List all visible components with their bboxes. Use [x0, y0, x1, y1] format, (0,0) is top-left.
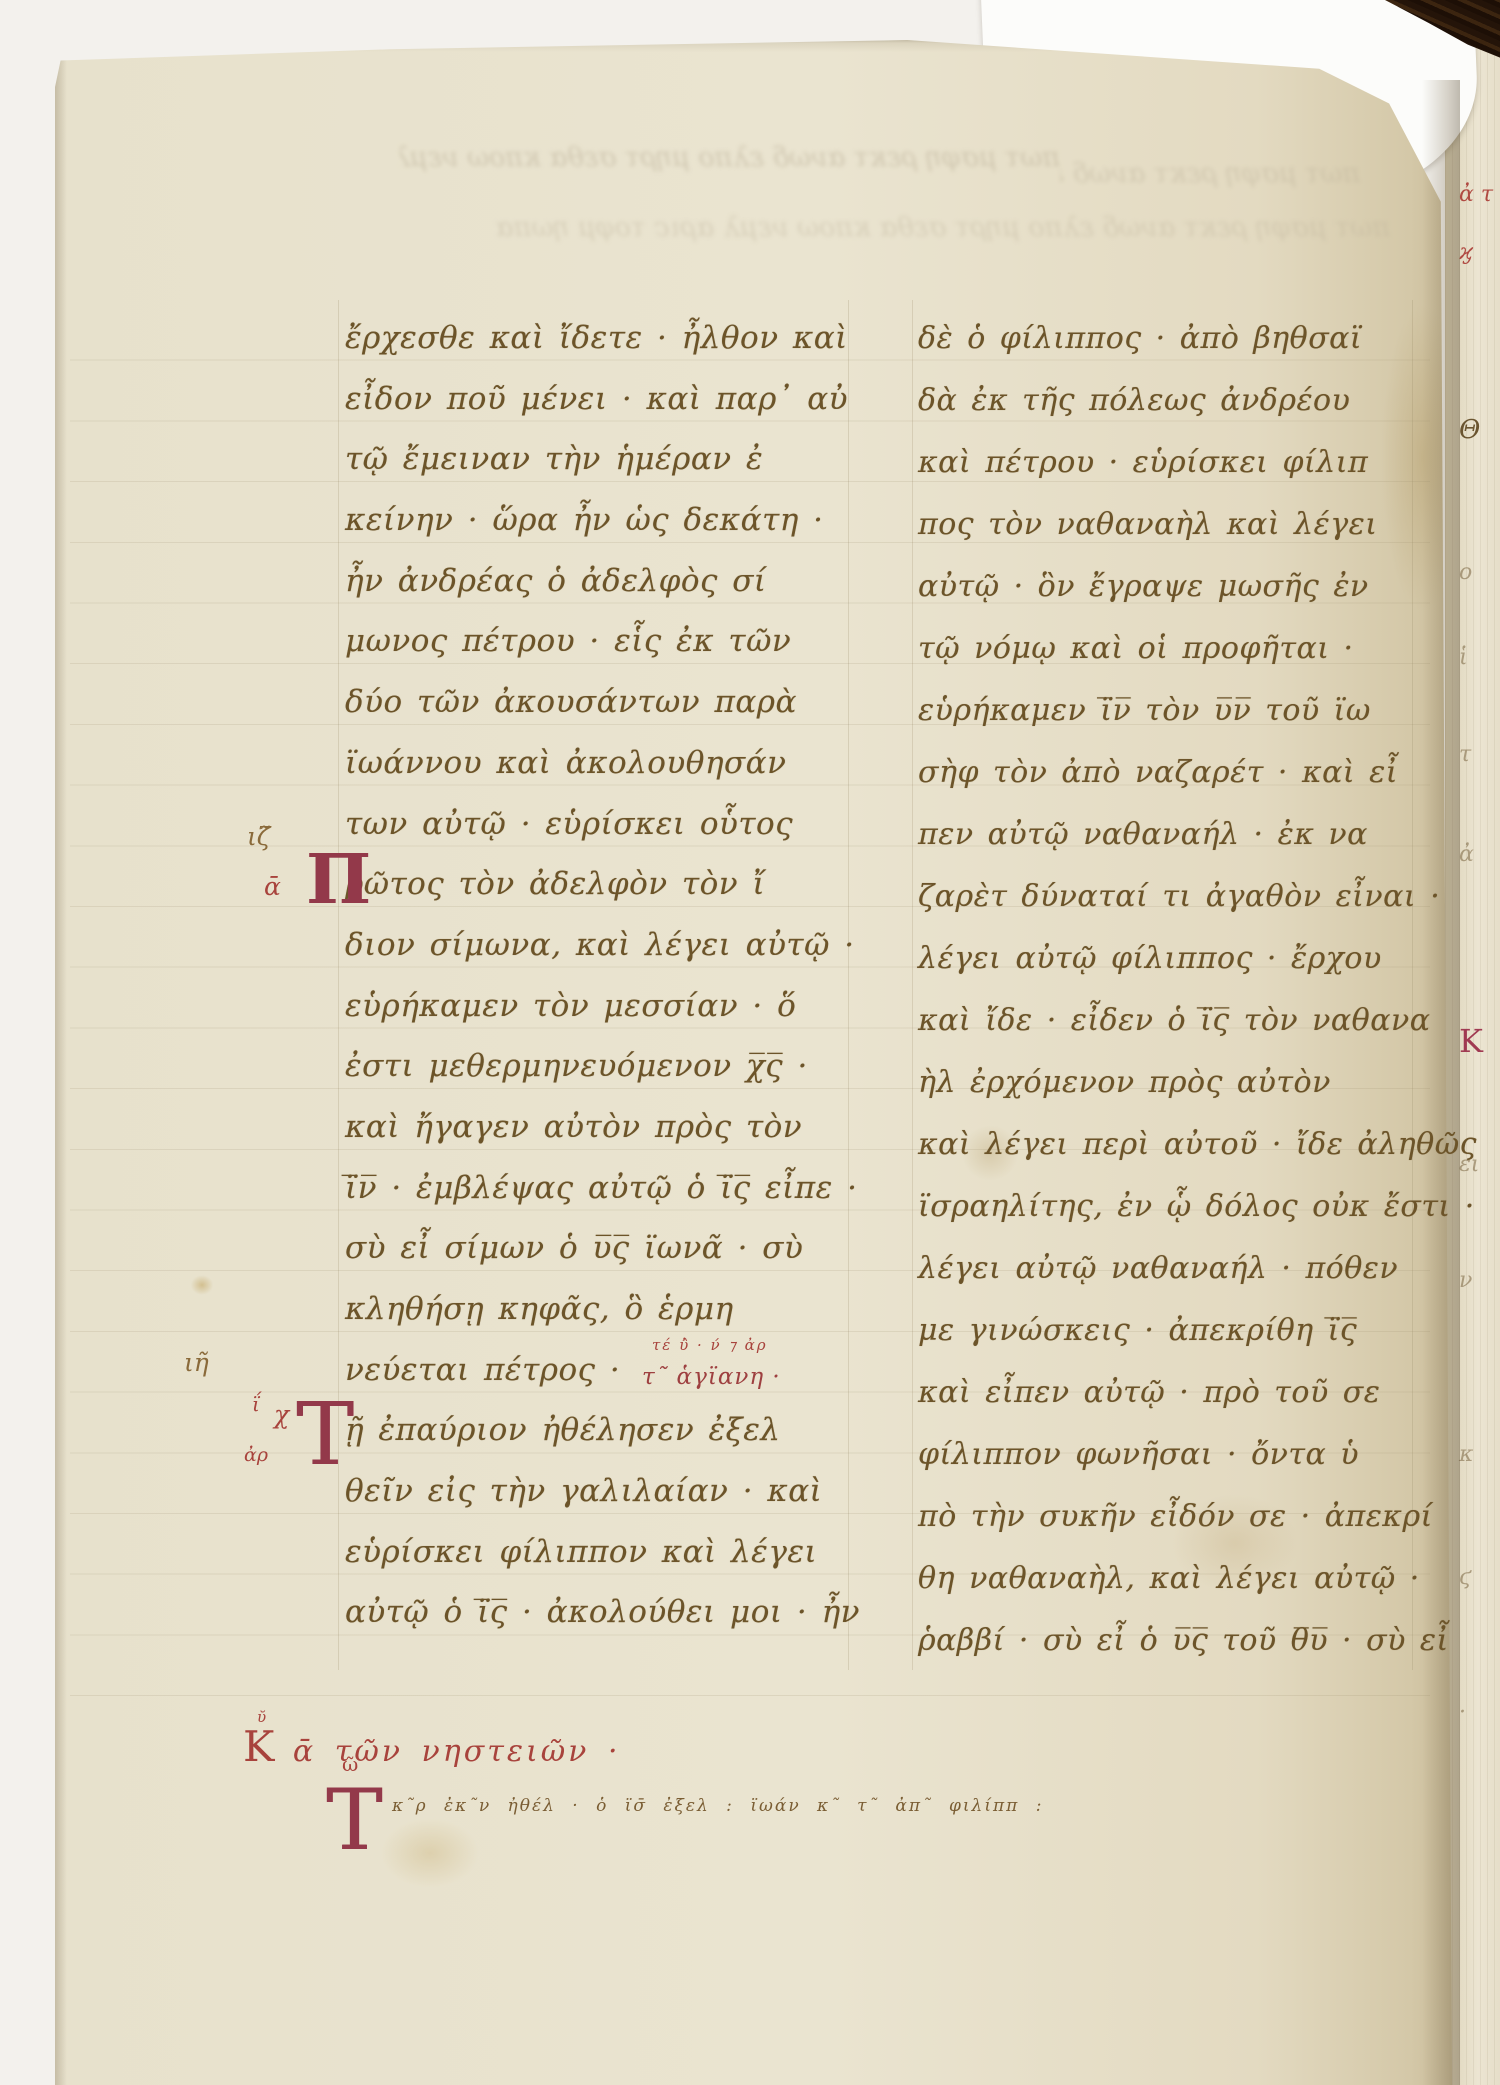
edge-glyph: ϛ	[1459, 1565, 1471, 1590]
edge-glyph: ϗ	[1459, 240, 1473, 265]
text-line: ϊ̅ν̅ · ἐμβλέψας αὐτῷ ὁ ϊ̅ς̅ εἶπε ·	[345, 1158, 845, 1219]
inline-lection-note: τ῀ ἁγϊανη ·	[642, 1364, 781, 1390]
bleed-through-line: πωτ μσφη ρεκτ ανωδ ελπο μηρτ σεθα κποω ν…	[310, 212, 1390, 243]
manuscript-photo: ἀ τϗΘοἱτἀΚεινκϛ· πωτ μσφη ρεκτ ανωδ ελπο…	[0, 0, 1500, 2085]
text-line: με γινώσκεις · ἀπεκρίθη ϊ̅ς̅	[918, 1300, 1416, 1362]
ruling-vertical	[848, 300, 849, 1670]
rubric-initial-kappa: Κ	[243, 1722, 274, 1771]
text-line: εἶδον ποῦ μένει · καὶ παρ᾽ αὐ	[345, 369, 845, 430]
lection-incipit-rubric: κ῀ρ ἐκ῀ν ἠθέλ · ὁ ϊσ̄ ἐξελ : ϊωάν κ῀ τ῀ …	[392, 1796, 1043, 1816]
rubric-superscript: ῠ	[257, 1708, 269, 1726]
text-line: σὴφ τὸν ἀπὸ ναζαρέτ · καὶ εἶ	[918, 742, 1416, 804]
edge-glyph: ἱ	[1459, 645, 1468, 670]
lection-start-mark-arche: ἀρ	[244, 1444, 268, 1466]
margin-section-number-18: ιη̃	[184, 1348, 209, 1377]
text-line: πὸ τὴν συκῆν εἶδόν σε · ἀπεκρί	[918, 1486, 1416, 1548]
text-line: καὶ ἤγαγεν αὐτὸν πρὸς τὸν	[345, 1097, 845, 1158]
bleed-through-line: πωτ μσφη ρεκτ ανωδ ελπο μηρτ σεθα κποω ν…	[400, 142, 1060, 173]
text-line: ἔρχεσθε καὶ ἴδετε · ἦλθον καὶ	[345, 308, 845, 369]
text-line: ἦν ἀνδρέας ὁ ἀδελφὸς σί	[345, 551, 845, 612]
text-line: λέγει αὐτῷ ναθαναήλ · πόθεν	[918, 1238, 1416, 1300]
text-line: ϊωάννου καὶ ἀκολουθησάν	[345, 733, 845, 794]
text-line: πεν αὐτῷ ναθαναήλ · ἐκ να	[918, 804, 1416, 866]
edge-glyph: κ	[1459, 1442, 1473, 1467]
gutter-shadow	[1422, 80, 1460, 2085]
rubric-initial-tau: Τ	[326, 1778, 382, 1862]
edge-glyph: τ	[1459, 742, 1471, 767]
text-line: ζαρὲτ δύναταί τι ἀγαθὸν εἶναι ·	[918, 866, 1416, 928]
text-line: καὶ λέγει περὶ αὐτοῦ · ἴδε ἀληθῶς	[918, 1114, 1416, 1176]
text-line: μωνος πέτρου · εἷς ἐκ τῶν	[345, 611, 845, 672]
rubric-heading-text: ᾱ τῶν νηστειῶν ·	[274, 1734, 620, 1769]
text-line: πος τὸν ναθαναὴλ καὶ λέγει	[918, 494, 1416, 556]
text-line: θεῖν εἰς τὴν γαλιλαίαν · καὶ	[345, 1461, 845, 1522]
text-line: ἐστι μεθερμηνευόμενον χ̅ς̅ ·	[345, 1036, 845, 1097]
text-line: αὐτῷ ὁ ϊ̅ς̅ · ἀκολούθει μοι · ἦν	[345, 1582, 845, 1643]
edge-glyph: ἀ	[1459, 842, 1474, 867]
text-line: ὴλ ἐρχόμενον πρὸς αὐτὸν	[918, 1052, 1416, 1114]
text-line: ϊσραηλίτης, ἐν ᾧ δόλος οὐκ ἔστι ·	[918, 1176, 1416, 1238]
lection-heading-rubric: Κῠ ᾱ τῶν νηστειῶν ·	[243, 1722, 620, 1771]
text-line: καὶ ἴδε · εἶδεν ὁ ϊ̅ς̅ τὸν ναθανα	[918, 990, 1416, 1052]
left-text-column: ἔρχεσθε καὶ ἴδετε · ἦλθον καὶεἶδον ποῦ μ…	[345, 308, 845, 1643]
edge-glyph: ο	[1459, 560, 1472, 585]
interlinear-lection-note: τέ ὑ̂ · ν́ ⁊ ἀρ	[652, 1336, 768, 1354]
text-line: λέγει αὐτῷ φίλιππος · ἔρχου	[918, 928, 1416, 990]
edge-glyph: Θ	[1459, 415, 1480, 445]
text-line: εὑρήκαμεν ϊ̅ν̅ τὸν υ̅ν̅ τοῦ ϊω	[918, 680, 1416, 742]
text-line: ῇ ἐπαύριον ἠθέλησεν ἐξελ	[345, 1400, 845, 1461]
text-line: διον σίμωνα, καὶ λέγει αὐτῷ ·	[345, 915, 845, 976]
margin-section-number-17: ιζ̃	[247, 822, 270, 851]
text-line: δύο τῶν ἀκουσάντων παρὰ	[345, 672, 845, 733]
initial-pi: Π	[306, 846, 370, 914]
edge-glyph: Κ	[1459, 1022, 1483, 1060]
text-line: καὶ εἶπεν αὐτῷ · πρὸ τοῦ σε	[918, 1362, 1416, 1424]
text-line: των αὐτῷ · εὑρίσκει οὗτος	[345, 794, 845, 855]
text-line: κείνην · ὥρα ἦν ὡς δεκάτη ·	[345, 490, 845, 551]
text-line: ῥαββί · σὺ εἶ ὁ υ̅ς̅ τοῦ θ̅υ̅ · σὺ εἶ	[918, 1610, 1416, 1672]
edge-glyph: ἀ τ	[1459, 182, 1493, 207]
text-line: τῷ ἔμειναν τὴν ἡμέραν ἐ	[345, 429, 845, 490]
text-line: εὑρίσκει φίλιππον καὶ λέγει	[345, 1522, 845, 1583]
ruling-vertical	[912, 300, 913, 1670]
text-line: ρῶτος τὸν ἀδελφὸν τὸν ἴ	[345, 854, 845, 915]
bleed-through-line: πωτ μσφη ρεκτ ανωδ ελπο μηρτ σεθα κποω ν…	[1060, 158, 1360, 189]
lection-start-mark-iota: ΐ	[252, 1392, 260, 1416]
text-line: σὺ εἶ σίμων ὁ υ̅ς̅ ϊωνᾶ · σὺ	[345, 1218, 845, 1279]
lection-start-mark-chi: χ	[274, 1400, 289, 1429]
text-line: εὑρήκαμεν τὸν μεσσίαν · ὅ	[345, 976, 845, 1037]
text-line: φίλιππον φωνῆσαι · ὄντα ὑ	[918, 1424, 1416, 1486]
text-line: κληθήσῃ κηφᾶς, ὃ ἑρμη	[345, 1279, 845, 1340]
text-line: θη ναθαναὴλ, καὶ λέγει αὐτῷ ·	[918, 1548, 1416, 1610]
margin-canon-number: ᾱ	[264, 872, 281, 901]
text-line: τῷ νόμῳ καὶ οἱ προφῆται ·	[918, 618, 1416, 680]
text-line: αὐτῷ · ὃν ἔγραψε μωσῆς ἐν	[918, 556, 1416, 618]
text-line: καὶ πέτρου · εὑρίσκει φίλιπ	[918, 432, 1416, 494]
text-line: δὲ ὁ φίλιππος · ἀπὸ βηθσαϊ	[918, 308, 1416, 370]
edge-glyph: ·	[1459, 1700, 1466, 1725]
edge-glyph: ν	[1459, 1268, 1472, 1293]
initial-tau: Τ	[296, 1392, 353, 1478]
text-line: δὰ ἐκ τῆς πόλεως ἀνδρέου	[918, 370, 1416, 432]
right-text-column: δὲ ὁ φίλιππος · ἀπὸ βηθσαϊδὰ ἐκ τῆς πόλε…	[918, 308, 1416, 1672]
